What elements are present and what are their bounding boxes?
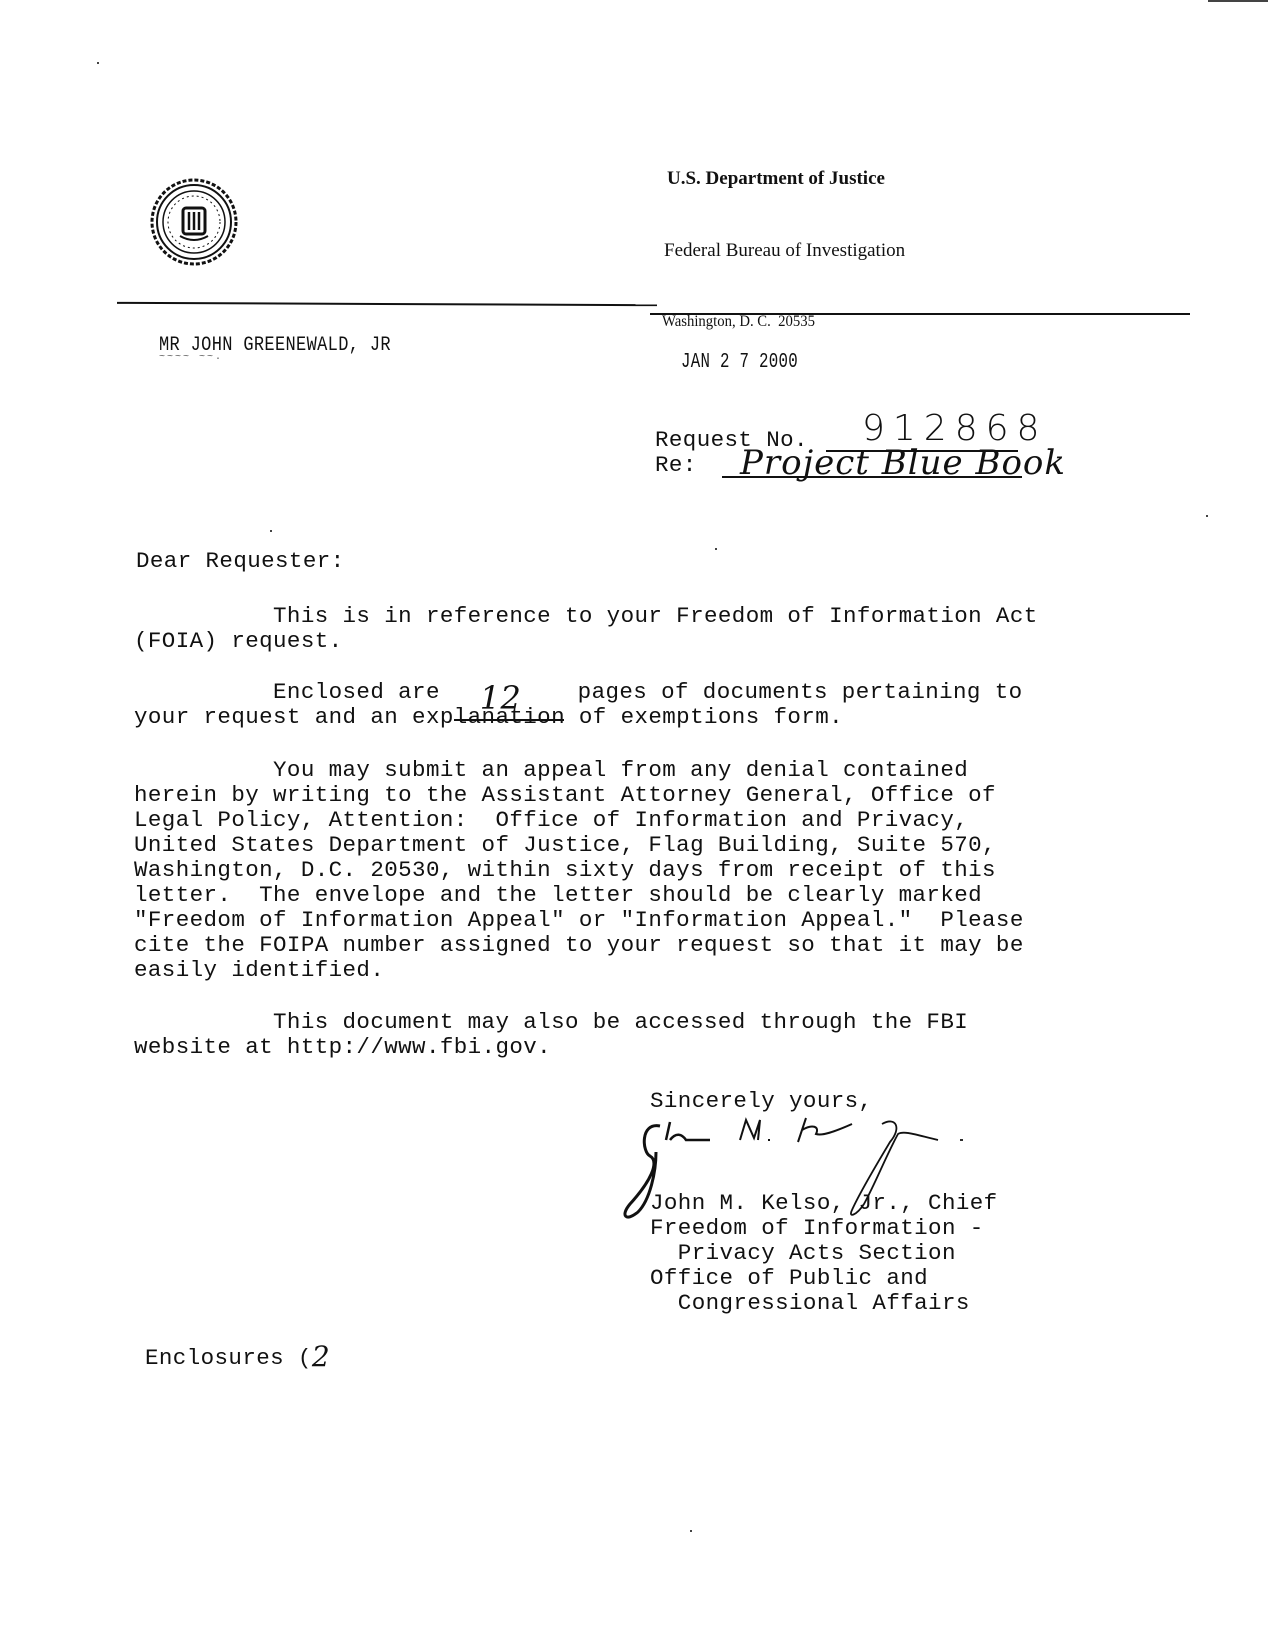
date-stamp: JAN 2 7 2000 <box>681 351 798 374</box>
paragraph-line: cite the FOIPA number assigned to your r… <box>134 933 1154 958</box>
signer-line: Freedom of Information - <box>650 1216 998 1241</box>
paragraph-line: herein by writing to the Assistant Attor… <box>134 783 1154 808</box>
department-name: U.S. Department of Justice <box>667 168 885 190</box>
paragraph-line: "Freedom of Information Appeal" or "Info… <box>134 908 1154 933</box>
paragraph-line: This document may also be accessed throu… <box>134 1010 1154 1035</box>
salutation: Dear Requester: <box>136 548 345 574</box>
re-label: Re: <box>655 452 697 478</box>
paragraph-line: United States Department of Justice, Fla… <box>134 833 1154 858</box>
signer-line: Office of Public and <box>650 1266 998 1291</box>
complimentary-close: Sincerely yours, <box>650 1088 872 1114</box>
letterhead-rule-left <box>117 302 657 306</box>
paragraph-line: Washington, D.C. 20530, within sixty day… <box>134 858 1154 883</box>
paragraph-appeal: You may submit an appeal from any denial… <box>134 758 1154 983</box>
scan-artifact <box>690 1530 692 1532</box>
signer-block: John M. Kelso, Jr., ChiefFreedom of Info… <box>650 1191 998 1316</box>
paragraph-foia-reference: This is in reference to your Freedom of … <box>134 604 1154 654</box>
enclosed-prefix: Enclosed are <box>134 679 454 705</box>
enclosed-suffix: pages of documents pertaining to <box>564 679 1023 705</box>
re-subject-underline <box>722 476 1022 478</box>
bureau-name: Federal Bureau of Investigation <box>664 240 905 262</box>
scan-artifact <box>97 62 99 64</box>
pages-count-handwritten: 12 <box>480 686 522 711</box>
scan-artifact <box>1206 515 1208 517</box>
enclosures-count-handwritten: 2 <box>312 1340 330 1373</box>
signer-line: Congressional Affairs <box>650 1291 998 1316</box>
fbi-seal-icon <box>150 178 238 266</box>
paragraph-line: your request and an explanation of exemp… <box>134 705 1154 730</box>
paragraph-line: letter. The envelope and the letter shou… <box>134 883 1154 908</box>
signer-line: John M. Kelso, Jr., Chief <box>650 1191 998 1216</box>
scan-artifact <box>1208 0 1268 2</box>
scan-artifact <box>270 530 272 532</box>
paragraph-line: easily identified. <box>134 958 1154 983</box>
paragraph-line: This is in reference to your Freedom of … <box>134 604 1154 629</box>
paragraph-line: (FOIA) request. <box>134 629 1154 654</box>
paragraph-line: You may submit an appeal from any denial… <box>134 758 1154 783</box>
signer-line: Privacy Acts Section <box>650 1241 998 1266</box>
recipient-address-redacted: ~~~~ ~~. <box>159 352 223 363</box>
enclosures-line: Enclosures (2 <box>145 1338 330 1371</box>
enclosures-label: Enclosures ( <box>145 1345 312 1371</box>
scan-artifact <box>715 548 717 550</box>
paragraph-fbi-website: This document may also be accessed throu… <box>134 1010 1154 1060</box>
paragraph-enclosed-pages: Enclosed are 12 pages of documents perta… <box>134 680 1154 730</box>
paragraph-line: Legal Policy, Attention: Office of Infor… <box>134 808 1154 833</box>
city-line: Washington, D. C. 20535 <box>662 313 815 331</box>
paragraph-line: website at http://www.fbi.gov. <box>134 1035 1154 1060</box>
